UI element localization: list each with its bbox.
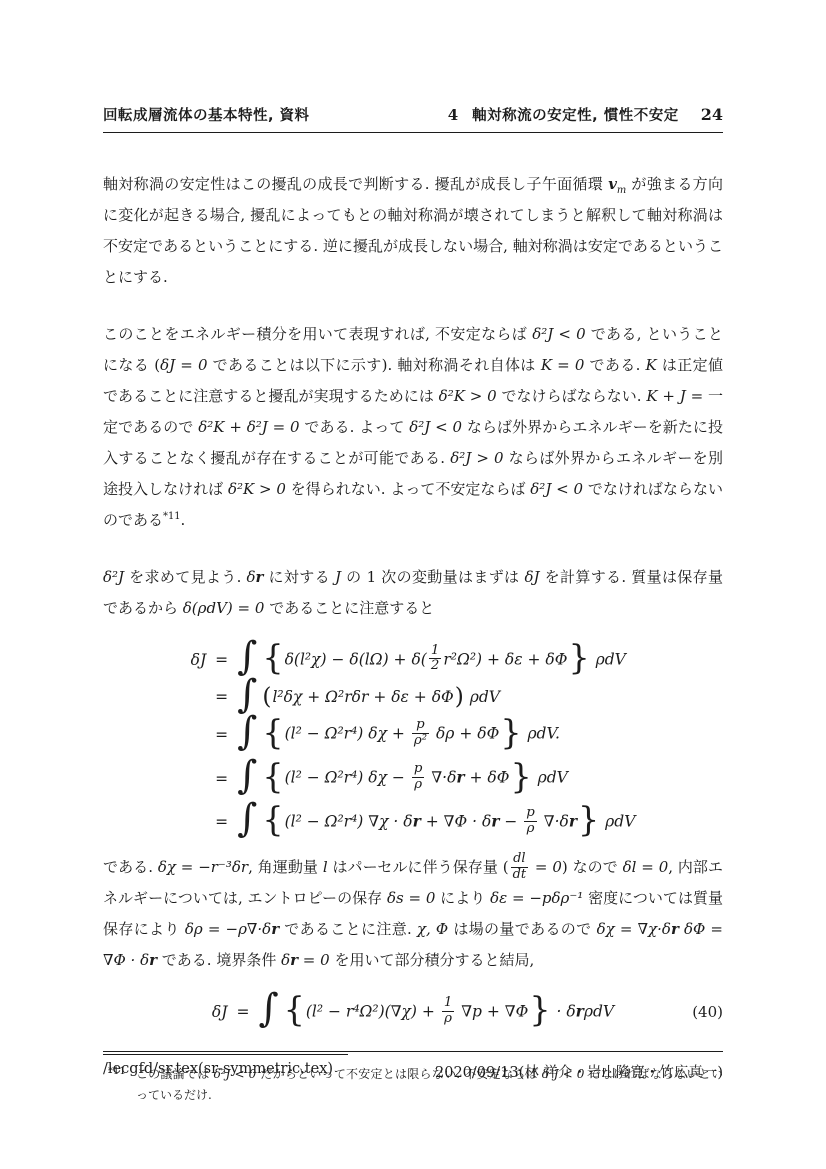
bold-math-text: r: [569, 811, 577, 830]
text-run: , 角運動量: [248, 858, 323, 876]
paragraph-delta2j-setup: δ²J を求めて見よう. δr に対する J の 1 次の変動量はまずは δJ …: [103, 562, 723, 624]
math-text: δ²K + δ²J = 0: [198, 418, 299, 436]
math-text: ρdV: [533, 769, 568, 787]
text-run: ) なので: [562, 858, 623, 876]
math-text: ρdV: [591, 650, 626, 668]
bold-math-text: r: [671, 920, 679, 938]
subscript: m: [617, 185, 626, 196]
math-text: δ²K > 0: [228, 480, 286, 498]
text-run: でなけらばならない.: [497, 387, 647, 405]
math-text: δJ = 0: [160, 356, 207, 374]
fraction: 1ρ: [440, 996, 456, 1027]
math-text: χ, Φ: [417, 920, 448, 938]
superscript: *11: [163, 511, 181, 522]
math-text: ∇·δ: [426, 769, 456, 787]
text-run: である.: [103, 858, 158, 876]
math-text: δ: [281, 951, 290, 969]
integral-sign: ∫: [258, 986, 282, 1031]
fraction: 12: [427, 644, 443, 675]
text-run: である. よって: [300, 418, 410, 436]
big-delimiter: }: [499, 713, 522, 752]
paragraph-stability-judgement: 軸対称渦の安定性はこの擾乱の成長で判断する. 擾乱が成長し子午面循環 vm が強…: [103, 169, 723, 293]
math-text: ρdV.: [523, 725, 560, 743]
math-text: K + J =: [646, 387, 708, 405]
math-text: (l² − r⁴Ω²)(∇χ) +: [306, 1002, 440, 1020]
math-text: ρdV: [465, 688, 500, 706]
math-text: r²Ω²) + δε + δΦ: [443, 650, 567, 668]
footer-date-authors: 2020/09/13(林 祥介・岩山隆寛・竹広真一): [435, 1061, 723, 1082]
big-delimiter: {: [261, 713, 284, 752]
equation-line: =∫{(l² − Ω²r⁴) δχ − pρ ∇·δr + δΦ} ρdV: [191, 757, 636, 801]
equation-line: =∫{(l² − Ω²r⁴) δχ + pρ² δρ + δΦ} ρdV.: [191, 713, 636, 757]
bold-math-text: v: [608, 175, 617, 193]
bold-math-text: r: [413, 811, 421, 830]
math-text: δJ: [191, 651, 207, 669]
integral-sign: ∫: [237, 709, 261, 754]
text-run: により: [435, 889, 490, 907]
text-run: を用いて部分積分すると結局,: [330, 951, 535, 969]
equation-line: =∫{(l² − Ω²r⁴) ∇χ · δr + ∇Φ · δr − pρ ∇·…: [191, 801, 636, 845]
page-header: 回転成層流体の基本特性, 資料 4 軸対称流の安定性, 慣性不安定 24: [103, 104, 723, 133]
bold-math-text: r: [271, 920, 279, 938]
equation-40-number: (40): [692, 1003, 723, 1021]
text-run: を得られない. よって不安定ならば: [286, 480, 530, 498]
math-text: ∇·δ: [539, 812, 569, 830]
paragraph-energy-integral: このことをエネルギー積分を用いて表現すれば, 不安定ならば δ²J < 0 であ…: [103, 319, 723, 536]
math-text: ρdV: [600, 812, 635, 830]
math-text: δl = 0: [623, 858, 669, 876]
big-delimiter: }: [509, 757, 532, 796]
text-run: の 1 次の変動量はまずは: [341, 568, 524, 586]
math-text: K = 0: [541, 356, 585, 374]
big-delimiter: {: [283, 990, 306, 1029]
mid-delimiter: (: [261, 683, 272, 710]
text-run: であることは以下に示す). 軸対称渦それ自体は: [208, 356, 541, 374]
equation-40-body: δJ=∫{(l² − r⁴Ω²)(∇χ) + 1ρ ∇p + ∇Φ} · δrρ…: [212, 990, 614, 1034]
integral-sign: ∫: [237, 796, 261, 841]
math-text: δχ = −r⁻³δr: [158, 858, 248, 876]
math-text: ρdV: [584, 1002, 614, 1020]
math-text: = 0: [298, 951, 330, 969]
bold-math-text: r: [456, 768, 464, 787]
math-text: δ: [246, 568, 255, 586]
equation-40: δJ=∫{(l² − r⁴Ω²)(∇χ) + 1ρ ∇p + ∇Φ} · δrρ…: [103, 990, 723, 1034]
math-text: δJ: [525, 568, 540, 586]
big-delimiter: }: [577, 800, 600, 839]
text-run: このことをエネルギー積分を用いて表現すれば, 不安定ならば: [103, 325, 532, 343]
text-run: はパーセルに伴う保存量 (: [328, 858, 509, 876]
fraction: pρ: [410, 762, 427, 793]
page-footer: /lecgfd/sr.tex(sr-symmetric.tex) 2020/09…: [103, 1051, 723, 1082]
math-text: δ(ρdV) = 0: [183, 599, 265, 617]
big-delimiter: {: [261, 757, 284, 796]
text-run: である. 境界条件: [157, 951, 281, 969]
math-text: (l² − Ω²r⁴) ∇χ · δ: [285, 812, 413, 830]
math-text: ∇p + ∇Φ: [456, 1002, 528, 1020]
math-text: δρ + δΦ: [431, 725, 499, 743]
equation-line: δJ=∫{(l² − r⁴Ω²)(∇χ) + 1ρ ∇p + ∇Φ} · δrρ…: [212, 990, 614, 1034]
text-run: である.: [584, 356, 645, 374]
math-text: δJ: [212, 1003, 228, 1021]
math-text: δ²J < 0: [409, 418, 462, 436]
big-delimiter: {: [261, 800, 284, 839]
text-run: であることに注意すると: [264, 599, 434, 617]
math-text: −: [499, 812, 522, 830]
text-run: 軸対称渦の安定性はこの擾乱の成長で判断する. 擾乱が成長し子午面循環: [103, 175, 608, 193]
big-delimiter: }: [567, 638, 590, 677]
document-page: 回転成層流体の基本特性, 資料 4 軸対称流の安定性, 慣性不安定 24 軸対称…: [0, 0, 826, 1169]
math-text: δ²J < 0: [530, 480, 583, 498]
header-section: 4 軸対称流の安定性, 慣性不安定: [448, 104, 679, 125]
math-text: = 0: [530, 858, 562, 876]
text-run: .: [181, 511, 186, 529]
math-text: δρ = −ρ∇·δ: [185, 920, 271, 938]
bold-math-text: r: [149, 951, 157, 969]
text-run: であることに注意.: [279, 920, 417, 938]
header-page-number: 24: [701, 105, 723, 124]
math-text: δ²K > 0: [439, 387, 497, 405]
bold-math-text: r: [290, 951, 298, 969]
math-text: δχ = ∇χ·δ: [597, 920, 671, 938]
math-text: (l² − Ω²r⁴) δχ −: [285, 769, 410, 787]
big-delimiter: }: [528, 990, 551, 1029]
math-text: δ²J < 0: [532, 325, 585, 343]
header-running-title: 回転成層流体の基本特性, 資料: [103, 104, 310, 125]
math-text: δs = 0: [387, 889, 435, 907]
math-text: δ²J > 0: [450, 449, 503, 467]
text-run: に対する: [263, 568, 335, 586]
math-text: δ²J: [103, 568, 124, 586]
integral-sign: ∫: [237, 753, 261, 798]
math-text: l²δχ + Ω²rδr + δε + δΦ: [272, 688, 453, 706]
footer-file-path: /lecgfd/sr.tex(sr-symmetric.tex): [103, 1061, 333, 1082]
text-run: を求めて見よう.: [124, 568, 246, 586]
math-text: + δΦ: [465, 769, 510, 787]
header-section-number: 4: [448, 106, 458, 124]
fraction: pρ²: [410, 718, 431, 749]
fraction: pρ: [522, 806, 539, 837]
paragraph-variation-notes: である. δχ = −r⁻³δr, 角運動量 l はパーセルに伴う保存量 (dl…: [103, 852, 723, 976]
header-section-title: 軸対称流の安定性, 慣性不安定: [472, 104, 679, 125]
math-text: K: [646, 356, 657, 374]
bold-math-text: r: [576, 1001, 584, 1020]
equation-delta-j-derivation: δJ=∫{δ(l²χ) − δ(lΩ) + δ(12r²Ω²) + δε + δ…: [191, 638, 636, 844]
math-text: + ∇Φ · δ: [421, 812, 491, 830]
fraction: dldt: [509, 852, 530, 882]
math-text: δ(l²χ) − δ(lΩ) + δ(: [285, 650, 427, 668]
big-delimiter: {: [261, 638, 284, 677]
math-text: (l² − Ω²r⁴) δχ +: [285, 725, 410, 743]
math-text: δε = −pδρ⁻¹: [490, 889, 583, 907]
mid-delimiter: ): [454, 683, 465, 710]
text-run: は場の量であるので: [448, 920, 596, 938]
math-text: · δ: [552, 1002, 576, 1020]
